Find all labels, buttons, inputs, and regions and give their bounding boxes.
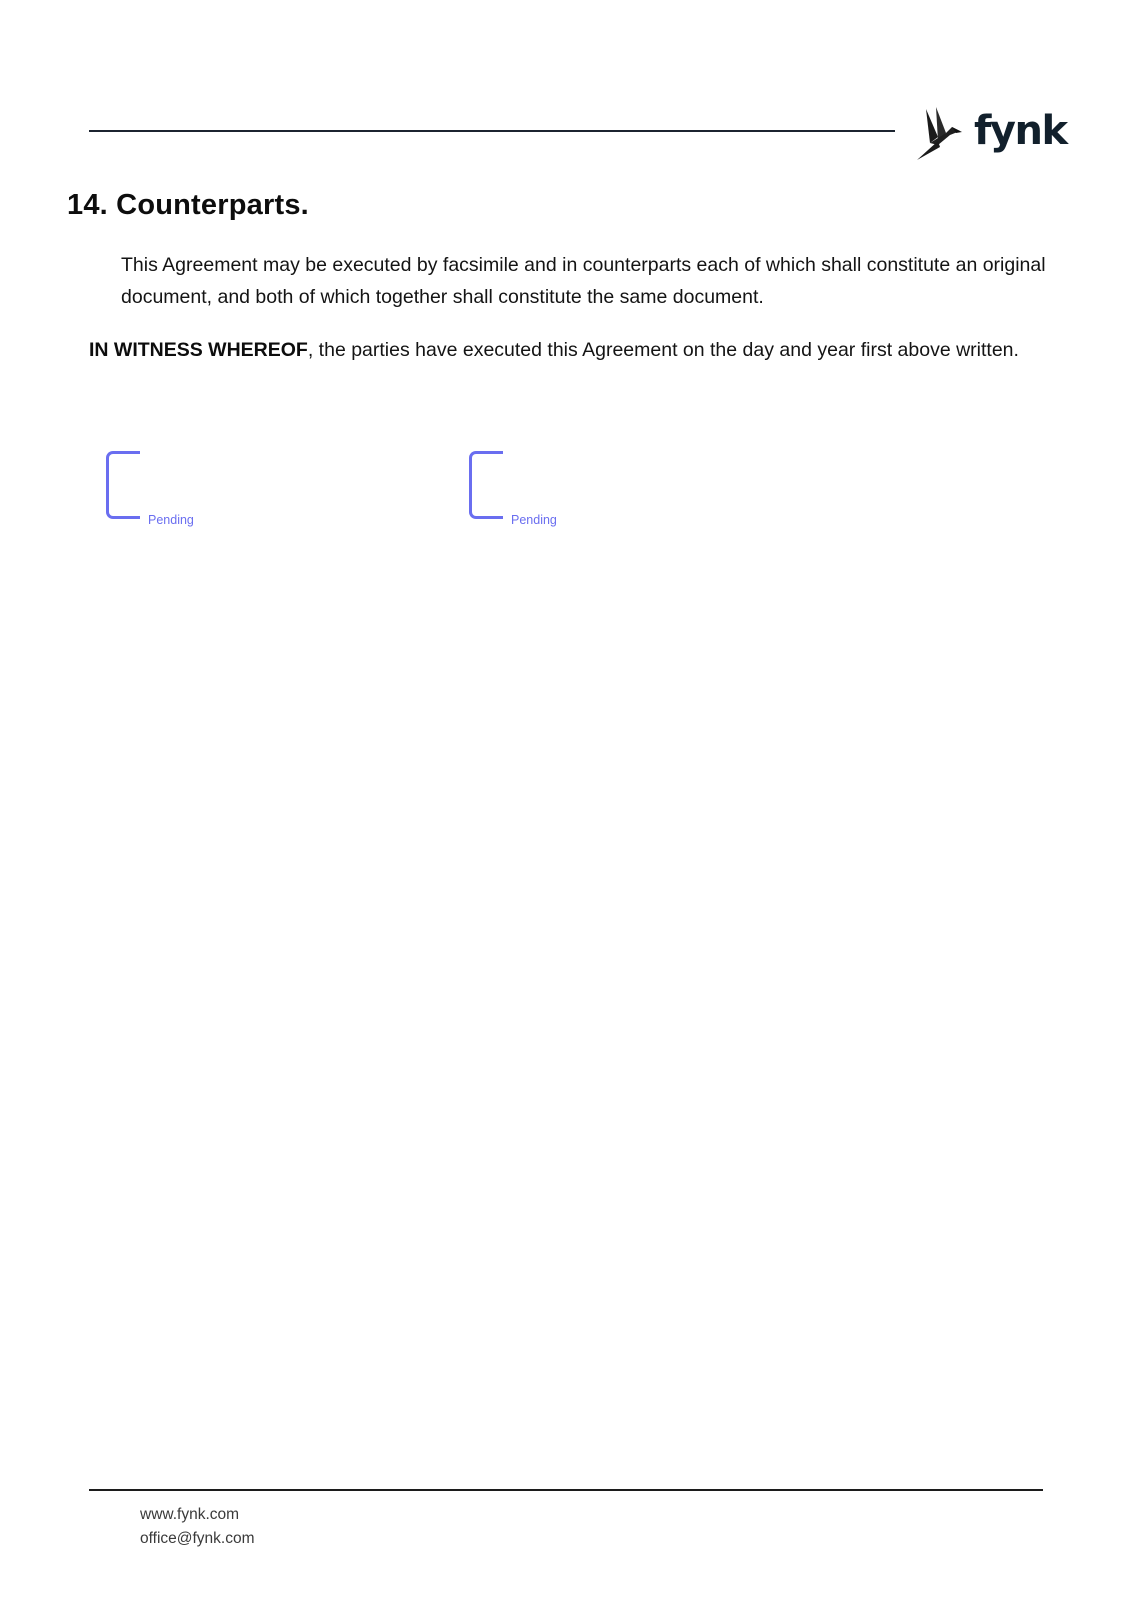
section-heading: 14. Counterparts. xyxy=(67,186,309,224)
section-body: This Agreement may be executed by facsim… xyxy=(121,249,1051,313)
witness-lead: IN WITNESS WHEREOF xyxy=(89,339,308,361)
witness-text: , the parties have executed this Agreeme… xyxy=(308,339,1019,361)
witness-clause: IN WITNESS WHEREOF, the parties have exe… xyxy=(89,334,1049,366)
footer-website-link[interactable]: www.fynk.com xyxy=(140,1503,255,1527)
footer-email-link[interactable]: office@fynk.com xyxy=(140,1527,255,1551)
origami-bird-icon xyxy=(916,105,962,161)
signature-bracket-icon xyxy=(106,451,140,519)
signature-field-1[interactable]: Pending xyxy=(106,451,306,531)
fynk-logo: fynk xyxy=(916,103,1046,163)
logo-wordmark: fynk xyxy=(974,111,1067,151)
signature-status: Pending xyxy=(511,512,557,528)
signature-bracket-icon xyxy=(469,451,503,519)
header-divider xyxy=(89,130,895,132)
signature-field-2[interactable]: Pending xyxy=(469,451,669,531)
footer-contact: www.fynk.com office@fynk.com xyxy=(140,1503,255,1551)
footer-divider xyxy=(89,1489,1043,1491)
signature-status: Pending xyxy=(148,512,194,528)
